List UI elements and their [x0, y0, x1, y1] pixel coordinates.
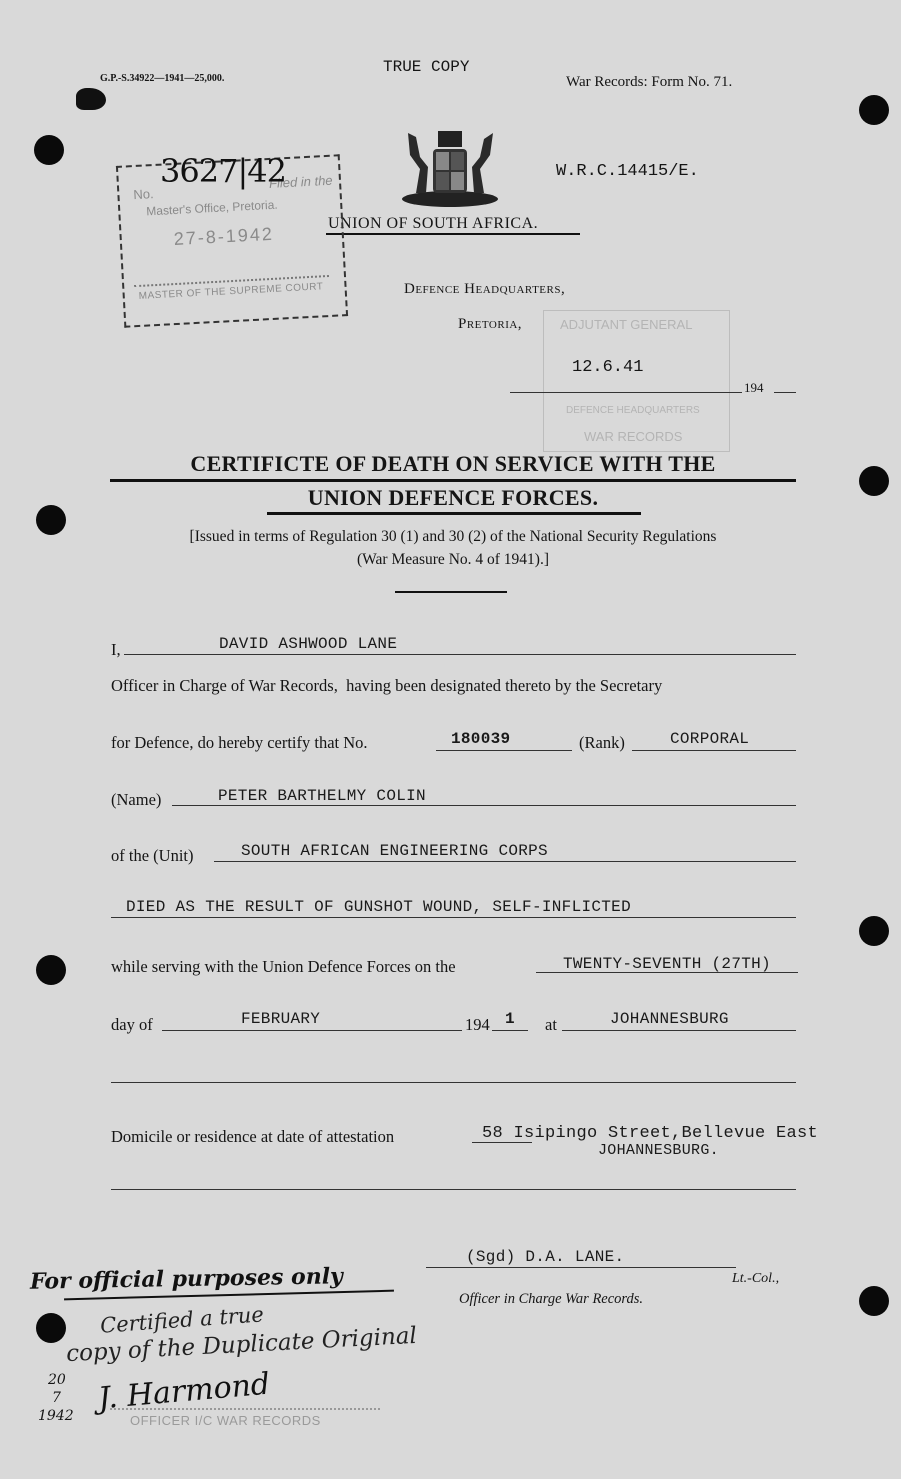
rank-field: CORPORAL: [670, 730, 749, 748]
stamp-date: 27-8-1942: [173, 224, 274, 250]
official-purposes-note: For official purposes only: [30, 1263, 343, 1294]
punch-hole: [34, 135, 64, 165]
adjutant-stamp-bottom: WAR RECORDS: [584, 429, 682, 444]
certificate-title-line-2: UNION DEFENCE FORCES.: [110, 485, 796, 511]
year-suffix: 194: [744, 380, 764, 396]
ink-blot: [76, 88, 106, 110]
serving-text: while serving with the Union Defence For…: [111, 957, 456, 977]
domicile-field-line-1: 58 Isipingo Street,Bellevue East: [482, 1124, 818, 1143]
death-month-field: FEBRUARY: [241, 1010, 320, 1028]
death-year-digit: 1: [505, 1010, 515, 1028]
signatory-title: Officer in Charge War Records.: [459, 1291, 643, 1308]
country-underline: [326, 233, 580, 235]
cause-of-death-field: DIED AS THE RESULT OF GUNSHOT WOUND, SEL…: [126, 898, 631, 916]
rank-label: (Rank): [579, 733, 625, 753]
title-underline-1: [110, 479, 796, 482]
officer-stamp-dotted-line: [110, 1408, 380, 1410]
deceased-name-field: PETER BARTHELMY COLIN: [218, 787, 426, 805]
coat-of-arms-icon: [398, 127, 503, 207]
country-heading: UNION OF SOUTH AFRICA.: [328, 215, 538, 233]
punch-hole: [859, 95, 889, 125]
place-line: [562, 1030, 796, 1031]
adjutant-stamp-top: ADJUTANT GENERAL: [560, 317, 692, 332]
number-line: [436, 750, 572, 751]
annotation-date-year: 1942: [38, 1408, 74, 1424]
year-prefix: 194: [465, 1015, 490, 1035]
name-line: [172, 805, 796, 806]
day-of-label: day of: [111, 1015, 153, 1035]
address-line-1: Defence Headquarters,: [404, 281, 565, 298]
regulation-note-line-2: (War Measure No. 4 of 1941).]: [108, 551, 798, 569]
stamp-no-label: No.: [133, 186, 154, 202]
annotation-date-month: 7: [52, 1390, 61, 1406]
punch-hole: [859, 1286, 889, 1316]
i-label: I,: [111, 640, 121, 660]
punch-hole: [859, 466, 889, 496]
section-divider: [395, 591, 507, 593]
punch-hole: [36, 505, 66, 535]
service-number-field: 180039: [451, 730, 510, 748]
address-line-2: Pretoria,: [458, 316, 522, 333]
officer-designation-text: Officer in Charge of War Records, having…: [111, 676, 662, 696]
true-copy-label: TRUE COPY: [383, 58, 469, 76]
signed-name: (Sgd) D.A. LANE.: [466, 1248, 624, 1266]
death-day-field: TWENTY-SEVENTH (27TH): [563, 955, 771, 973]
signatory-rank: Lt.-Col.,: [732, 1271, 779, 1287]
regulation-note-line-1: [Issued in terms of Regulation 30 (1) an…: [108, 528, 798, 546]
death-place-field: JOHANNESBURG: [610, 1010, 729, 1028]
form-number: War Records: Form No. 71.: [566, 74, 732, 91]
year-digit-line: [492, 1030, 528, 1031]
letter-date: 12.6.41: [572, 358, 643, 377]
officer-name-line: [124, 654, 796, 655]
cause-line: [111, 917, 796, 918]
punch-hole: [36, 955, 66, 985]
unit-label: of the (Unit): [111, 846, 193, 866]
unit-line: [214, 861, 796, 862]
at-label: at: [545, 1015, 557, 1035]
officer-name-field: DAVID ASHWOOD LANE: [219, 635, 397, 653]
domicile-field-line-2: JOHANNESBURG.: [598, 1142, 719, 1159]
annotation-date-day: 20: [48, 1372, 66, 1388]
domicile-label: Domicile or residence at date of attesta…: [111, 1127, 394, 1147]
adjutant-stamp: ADJUTANT GENERAL DEFENCE HEADQUARTERS WA…: [543, 310, 730, 452]
officer-ic-stamp: OFFICER I/C WAR RECORDS: [130, 1413, 321, 1428]
certify-text: for Defence, do hereby certify that No.: [111, 733, 368, 753]
date-line: [510, 392, 742, 393]
punch-hole: [859, 916, 889, 946]
blank-line: [111, 1082, 796, 1083]
certificate-title-line-1: CERTIFICTE OF DEATH ON SERVICE WITH THE: [110, 451, 796, 477]
signature-line: [426, 1267, 736, 1268]
punch-hole: [36, 1313, 66, 1343]
name-label: (Name): [111, 790, 161, 810]
adjutant-stamp-middle: DEFENCE HEADQUARTERS: [566, 405, 700, 416]
reference-number: W.R.C.14415/E.: [556, 162, 699, 181]
rank-line: [632, 750, 796, 751]
print-code: G.P.-S.34922—1941—25,000.: [100, 73, 224, 84]
unit-field: SOUTH AFRICAN ENGINEERING CORPS: [241, 842, 548, 860]
year-line: [774, 392, 796, 393]
handwritten-file-number: 3627|42: [160, 152, 286, 190]
title-underline-2: [267, 512, 641, 515]
stamp-office-line: Master's Office, Pretoria.: [146, 198, 278, 219]
domicile-blank-line: [111, 1189, 796, 1190]
month-line: [162, 1030, 462, 1031]
